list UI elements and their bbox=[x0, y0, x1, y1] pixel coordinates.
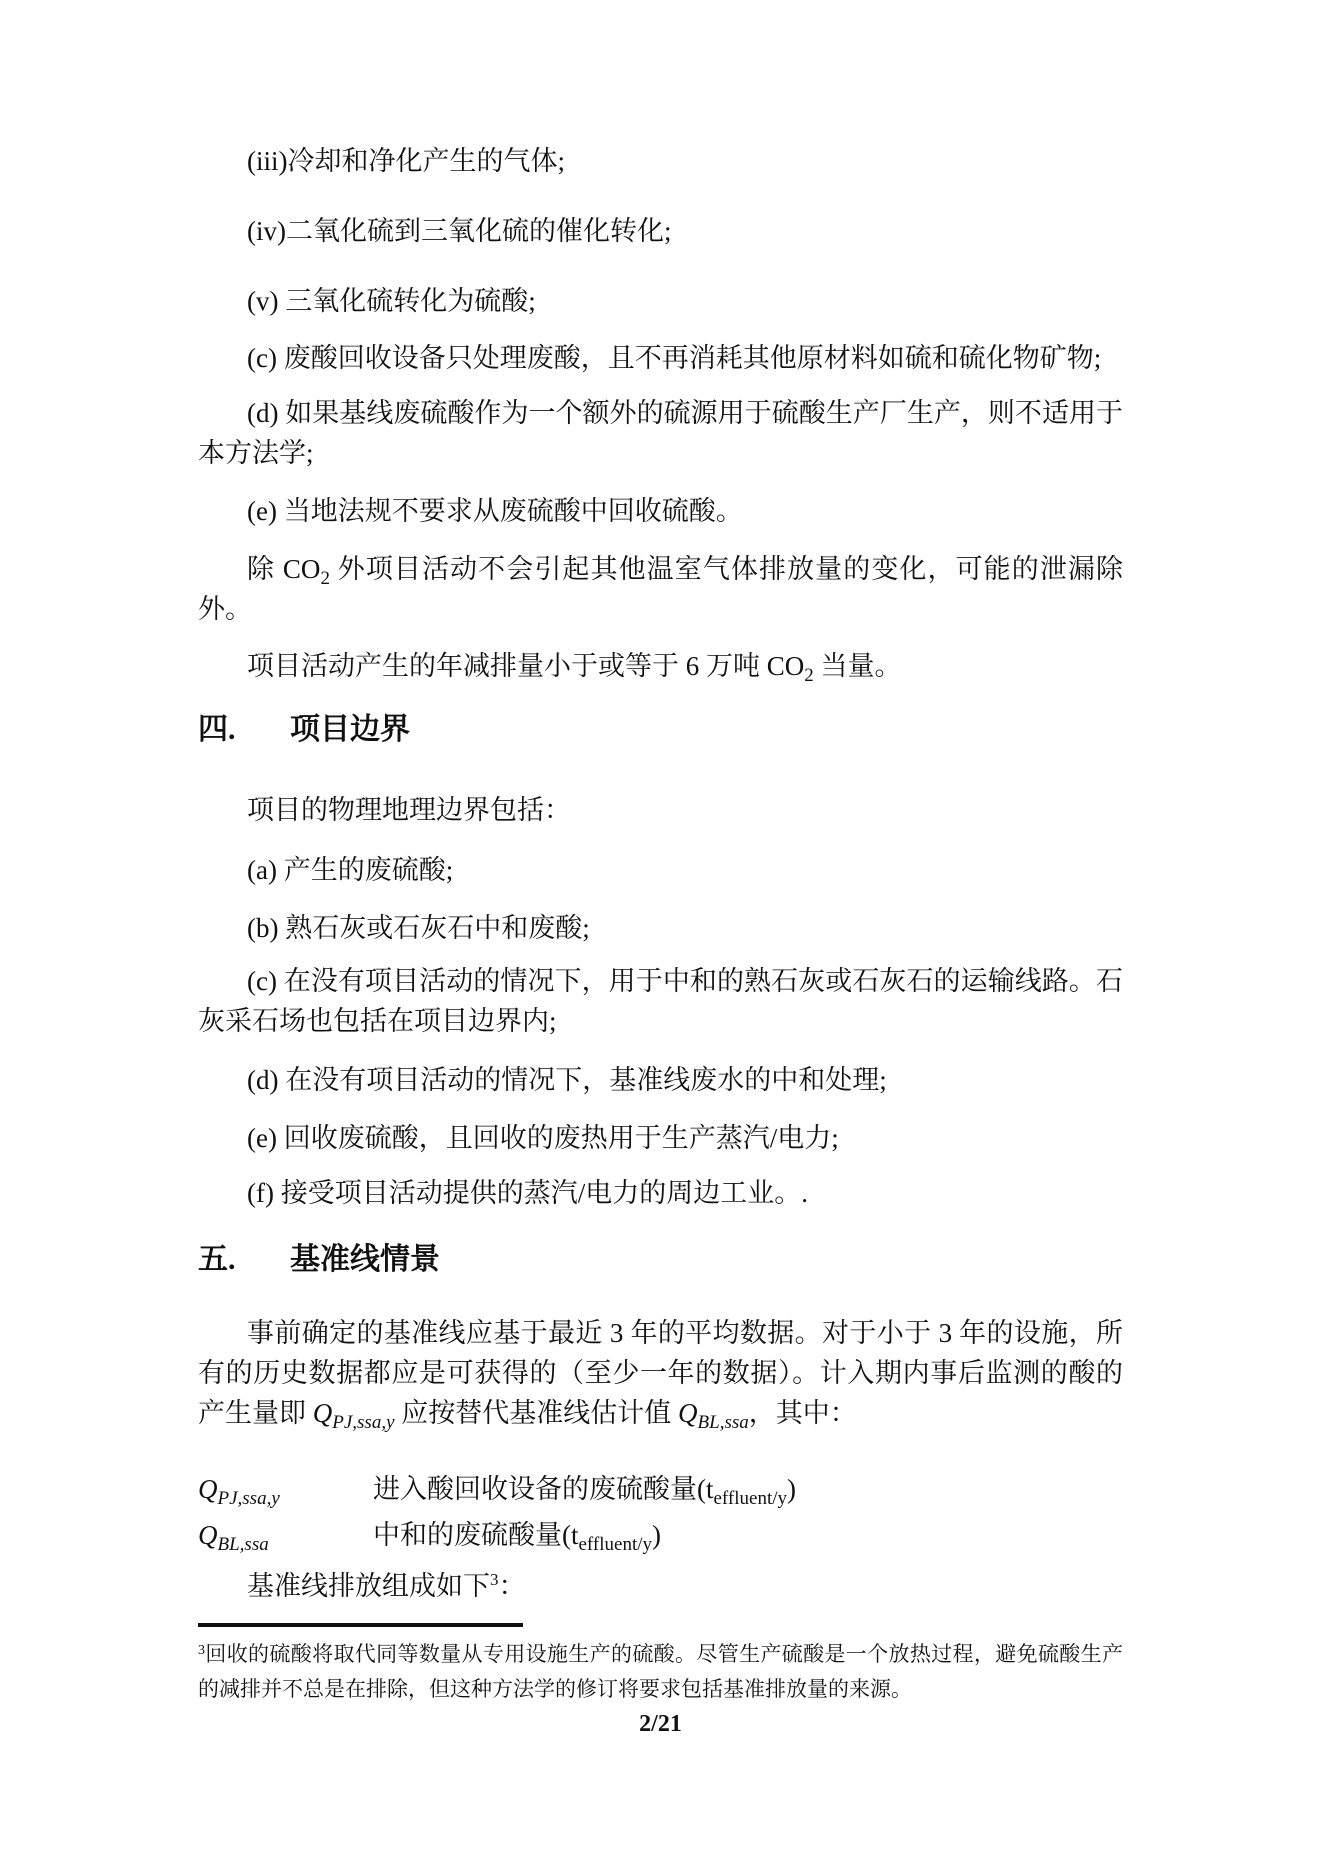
definition-desc-text: 中和的废硫酸量(t bbox=[373, 1520, 579, 1550]
list-item-c: (c) 废酸回收设备只处理废酸，且不再消耗其他原材料如硫和硫化物矿物; bbox=[198, 338, 1123, 378]
footnote: 3回收的硫酸将取代同等数量从专用设施生产的硫酸。尽管生产硫酸是一个放热过程，避免… bbox=[198, 1637, 1123, 1707]
baseline-text-2: 应按替代基准线估计值 bbox=[395, 1398, 679, 1428]
q-pj-symbol: Q bbox=[313, 1398, 333, 1428]
document-content: (iii)冷却和净化产生的气体; (iv)二氧化硫到三氧化硫的催化转化; (v)… bbox=[198, 0, 1123, 1606]
document-page: (iii)冷却和净化产生的气体; (iv)二氧化硫到三氧化硫的催化转化; (v)… bbox=[0, 0, 1323, 1871]
section-5-title: 基准线情景 bbox=[290, 1243, 440, 1276]
baseline-intro-paragraph: 事前确定的基准线应基于最近 3 年的平均数据。对于小于 3 年的设施，所有的历史… bbox=[198, 1313, 1123, 1433]
boundary-item-d: (d) 在没有项目活动的情况下，基准线废水的中和处理; bbox=[198, 1060, 1123, 1100]
footnote-text: 回收的硫酸将取代同等数量从专用设施生产的硫酸。尽管生产硫酸是一个放热过程，避免硫… bbox=[198, 1642, 1123, 1701]
footnote-separator bbox=[198, 1623, 523, 1627]
footnote-marker: 3 bbox=[198, 1643, 205, 1658]
baseline-emissions-line: 基准线排放组成如下3： bbox=[198, 1566, 1123, 1606]
co2-note-post: 外项目活动不会引起其他温室气体排放量的变化，可能的泄漏除外。 bbox=[198, 554, 1123, 624]
co2-note-pre: 除 CO bbox=[247, 554, 320, 584]
boundary-item-f: (f) 接受项目活动提供的蒸汽/电力的周边工业。. bbox=[198, 1173, 1123, 1213]
definition-term: QBL,ssa bbox=[198, 1512, 373, 1558]
co2-note: 除 CO2 外项目活动不会引起其他温室气体排放量的变化，可能的泄漏除外。 bbox=[198, 549, 1123, 629]
boundary-lead: 项目的物理地理边界包括： bbox=[198, 790, 1123, 830]
definition-row-qbl: QBL,ssa中和的废硫酸量(teffluent/y) bbox=[198, 1512, 1123, 1558]
q-pj-subscript: PJ,ssa,y bbox=[332, 1412, 394, 1433]
q-bl-subscript: BL,ssa bbox=[218, 1534, 269, 1555]
baseline-emissions-text: 基准线排放组成如下 bbox=[247, 1571, 490, 1601]
reduction-note: 项目活动产生的年减排量小于或等于 6 万吨 CO2 当量。 bbox=[198, 646, 1123, 686]
reduction-note-pre: 项目活动产生的年减排量小于或等于 6 万吨 CO bbox=[247, 651, 804, 681]
page-number: 2/21 bbox=[198, 1707, 1123, 1741]
definition-desc: 进入酸回收设备的废硫酸量(teffluent/y) bbox=[373, 1474, 796, 1504]
footnote-area: 3回收的硫酸将取代同等数量从专用设施生产的硫酸。尽管生产硫酸是一个放热过程，避免… bbox=[198, 1623, 1123, 1741]
definition-list: QPJ,ssa,y进入酸回收设备的废硫酸量(teffluent/y) QBL,s… bbox=[198, 1466, 1123, 1558]
co2-subscript: 2 bbox=[804, 665, 814, 686]
co2-subscript: 2 bbox=[320, 568, 330, 589]
q-bl-symbol: Q bbox=[198, 1520, 218, 1550]
unit-subscript: effluent/y bbox=[579, 1534, 653, 1555]
reduction-note-post: 当量。 bbox=[814, 651, 902, 681]
boundary-item-e: (e) 回收废硫酸，且回收的废热用于生产蒸汽/电力; bbox=[198, 1118, 1123, 1158]
definition-desc-close: ) bbox=[787, 1474, 796, 1504]
section-4-title: 项目边界 bbox=[290, 713, 410, 746]
q-bl-subscript: BL,ssa bbox=[698, 1412, 749, 1433]
section-5-heading: 五.基准线情景 bbox=[198, 1240, 1123, 1280]
definition-desc-close: ) bbox=[652, 1520, 661, 1550]
list-item-v: (v) 三氧化硫转化为硫酸; bbox=[198, 281, 1123, 321]
list-item-iv: (iv)二氧化硫到三氧化硫的催化转化; bbox=[198, 211, 1123, 251]
list-item-iii: (iii)冷却和净化产生的气体; bbox=[198, 141, 1123, 181]
q-bl-symbol: Q bbox=[678, 1398, 698, 1428]
boundary-item-c: (c) 在没有项目活动的情况下，用于中和的熟石灰或石灰石的运输线路。石灰采石场也… bbox=[198, 961, 1123, 1041]
definition-row-qpj: QPJ,ssa,y进入酸回收设备的废硫酸量(teffluent/y) bbox=[198, 1466, 1123, 1512]
baseline-text-3: ，其中： bbox=[749, 1398, 857, 1428]
boundary-item-b: (b) 熟石灰或石灰石中和废酸; bbox=[198, 908, 1123, 948]
section-5-number: 五. bbox=[198, 1240, 290, 1280]
list-item-d: (d) 如果基线废硫酸作为一个额外的硫源用于硫酸生产厂生产，则不适用于本方法学; bbox=[198, 393, 1123, 473]
list-item-e: (e) 当地法规不要求从废硫酸中回收硫酸。 bbox=[198, 491, 1123, 531]
unit-subscript: effluent/y bbox=[714, 1488, 788, 1509]
section-4-heading: 四.项目边界 bbox=[198, 710, 1123, 750]
definition-term: QPJ,ssa,y bbox=[198, 1466, 373, 1512]
definition-desc: 中和的废硫酸量(teffluent/y) bbox=[373, 1520, 661, 1550]
footnote-reference: 3 bbox=[490, 1570, 499, 1589]
boundary-item-a: (a) 产生的废硫酸; bbox=[198, 850, 1123, 890]
q-pj-symbol: Q bbox=[198, 1474, 218, 1504]
q-pj-subscript: PJ,ssa,y bbox=[218, 1488, 280, 1509]
definition-desc-text: 进入酸回收设备的废硫酸量(t bbox=[373, 1474, 714, 1504]
section-4-number: 四. bbox=[198, 710, 290, 750]
baseline-emissions-colon: ： bbox=[499, 1571, 526, 1601]
